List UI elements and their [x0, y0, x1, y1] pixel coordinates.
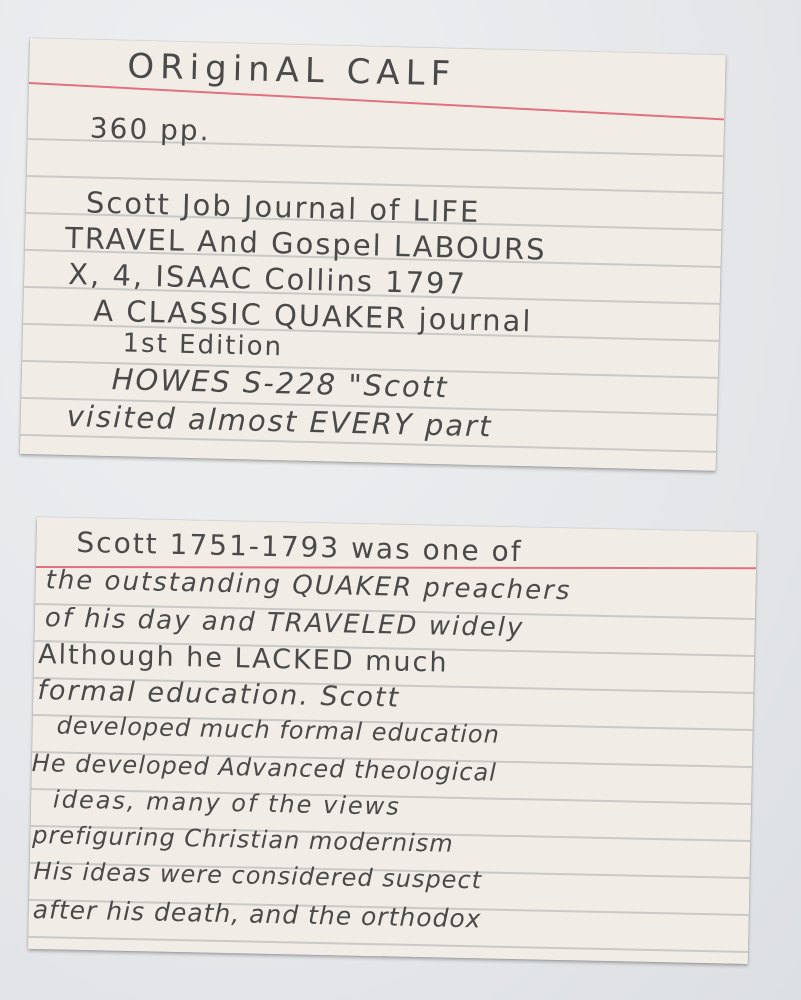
handwritten-line: HOWES S-228 "Scott [111, 362, 449, 404]
handwritten-line: He developed Advanced theological [32, 749, 498, 787]
index-card-2: Scott 1751-1793 was one of the outstandi… [28, 517, 757, 964]
handwritten-line: the outstanding QUAKER preachers [45, 565, 571, 606]
index-card-1: ORiginAL CALF 360 pp. Scott Job Journal … [20, 38, 726, 471]
handwritten-line: Although he LACKED much [38, 639, 449, 679]
handwritten-line: of his day and TRAVELED widely [45, 603, 525, 643]
handwritten-line: 1st Edition [122, 328, 283, 362]
ruled-line [28, 936, 748, 953]
handwritten-line: formal education. Scott [37, 675, 400, 714]
handwritten-line: Scott 1751-1793 was one of [76, 526, 523, 568]
handwritten-line: His ideas were considered suspect [33, 857, 482, 894]
handwritten-line: ideas, many of the views [53, 785, 401, 820]
handwritten-line: after his death, and the orthodox [32, 895, 481, 933]
handwritten-line: prefiguring Christian modernism [32, 821, 454, 858]
handwritten-line: 360 pp. [89, 111, 211, 147]
card-heading: ORiginAL CALF [127, 46, 457, 94]
handwritten-line: developed much formal education [56, 711, 500, 748]
